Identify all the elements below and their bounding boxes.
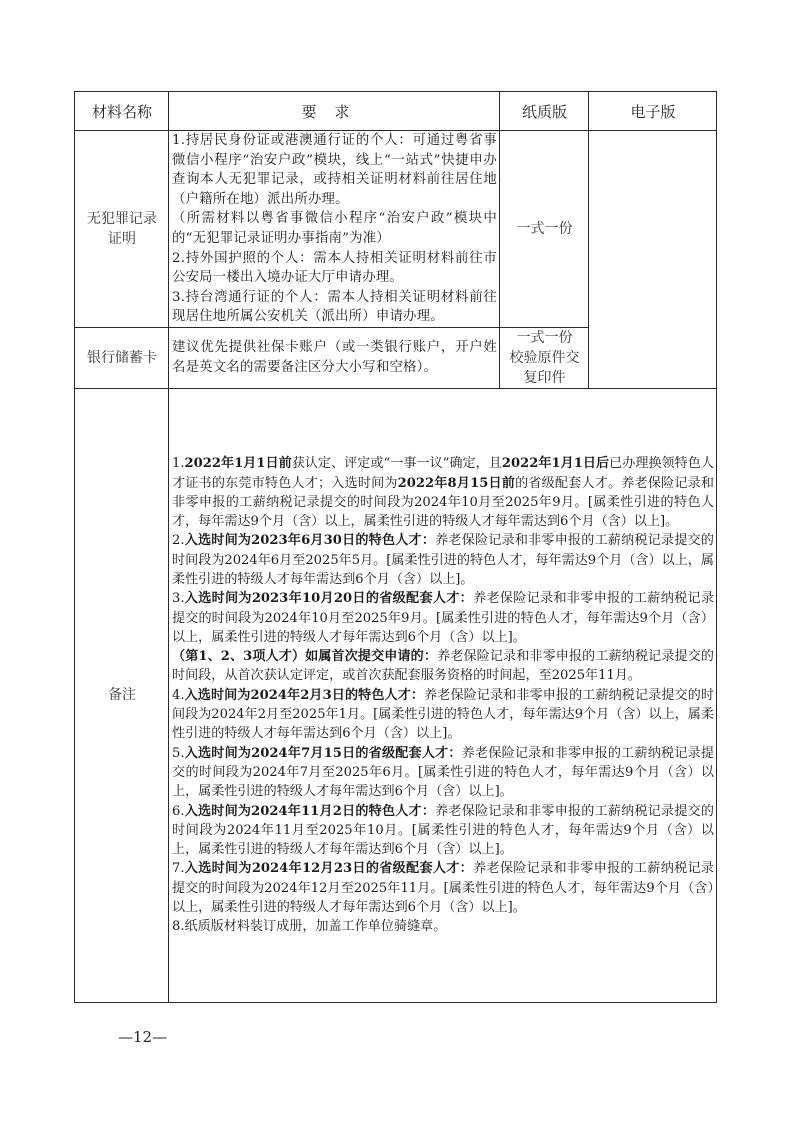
paper-copies-line: 一式一份 xyxy=(503,328,586,348)
material-name-cell: 银行储蓄卡 xyxy=(75,327,169,388)
requirements-cell: 1.持居民身份证或港澳通行证的个人：可通过粤省事微信小程序“治安户政”模块，线上… xyxy=(169,131,500,328)
remark-number: 2. xyxy=(172,533,185,548)
requirement-item: 2.持外国护照的个人：需本人持相关证明材料前往市公安局一楼出入境办证大厅申请办理… xyxy=(172,249,497,288)
remark-number: 4. xyxy=(172,688,185,703)
remark-bold: 入选时间为2023年10月20日的省级配套人才： xyxy=(185,591,474,606)
remark-number: 3. xyxy=(172,591,185,606)
remark-bold: 2022年8月15日前 xyxy=(398,476,515,491)
remark-number: 7. xyxy=(172,861,185,876)
header-material-name: 材料名称 xyxy=(75,92,169,131)
remark-bold: 入选时间为2024年7月15日的省级配套人才： xyxy=(185,746,462,761)
requirement-note: （所需材料以粤省事微信小程序“治安户政”模块中的“无犯罪记录证明办事指南”为准） xyxy=(172,209,497,248)
paper-copies-line: 复印件 xyxy=(503,368,586,388)
remark-bold: 入选时间为2024年11月2日的特色人才： xyxy=(185,804,436,819)
header-electronic-version: 电子版 xyxy=(589,92,717,131)
remark-item-4: 4.入选时间为2024年2月3日的特色人才：养老保险记录和非零申报的工薪纳税记录… xyxy=(172,686,714,744)
remark-bold: 2022年1月1日后 xyxy=(502,456,609,471)
paper-copies-cell: 一式一份 xyxy=(500,131,589,328)
table-row-no-criminal-record: 无犯罪记录 证明 1.持居民身份证或港澳通行证的个人：可通过粤省事微信小程序“治… xyxy=(75,131,717,328)
table-row-remarks: 备注 1.2022年1月1日前获认定、评定或“一事一议”确定，且2022年1月1… xyxy=(75,388,717,1002)
table-header-row: 材料名称 要求 纸质版 电子版 xyxy=(75,92,717,131)
paper-copies-cell: 一式一份 校验原件交 复印件 xyxy=(500,327,589,388)
remark-item-3: 3.入选时间为2023年10月20日的省级配套人才：养老保险记录和非零申报的工薪… xyxy=(172,589,714,647)
materials-table: 材料名称 要求 纸质版 电子版 无犯罪记录 证明 1.持居民身份证或港澳通行证的… xyxy=(74,91,717,1003)
remarks-content-cell: 1.2022年1月1日前获认定、评定或“一事一议”确定，且2022年1月1日后已… xyxy=(169,388,717,1002)
remark-bold: 入选时间为2024年12月23日的省级配套人才： xyxy=(185,861,474,876)
remarks-label-cell: 备注 xyxy=(75,388,169,1002)
paper-copies-line: 校验原件交 xyxy=(503,348,586,368)
requirement-item: 3.持台湾通行证的个人：需本人持相关证明材料前往现居住地所属公安机关（派出所）申… xyxy=(172,288,497,327)
requirement-item: 1.持居民身份证或港澳通行证的个人：可通过粤省事微信小程序“治安户政”模块，线上… xyxy=(172,131,497,209)
remark-number: 5. xyxy=(172,746,185,761)
remark-item-7: 7.入选时间为2024年12月23日的省级配套人才：养老保险记录和非零申报的工薪… xyxy=(172,859,714,917)
remark-first-submission: （第1、2、3项人才）如属首次提交申请的：养老保险记录和非零申报的工薪纳税记录提… xyxy=(172,647,714,686)
remark-bold: 入选时间为2023年6月30日的特色人才： xyxy=(185,533,436,548)
document-page: 材料名称 要求 纸质版 电子版 无犯罪记录 证明 1.持居民身份证或港澳通行证的… xyxy=(0,0,794,1123)
remark-item-1: 1.2022年1月1日前获认定、评定或“一事一议”确定，且2022年1月1日后已… xyxy=(172,454,714,531)
header-requirements: 要求 xyxy=(169,92,500,131)
header-paper-version: 纸质版 xyxy=(500,92,589,131)
remark-number: 8. xyxy=(172,919,185,934)
remark-item-2: 2.入选时间为2023年6月30日的特色人才：养老保险记录和非零申报的工薪纳税记… xyxy=(172,531,714,589)
page-number: —12— xyxy=(118,1028,167,1046)
remark-bold: （第1、2、3项人才）如属首次提交申请的： xyxy=(172,649,437,664)
remark-bold: 2022年1月1日前 xyxy=(185,456,292,471)
remark-item-5: 5.入选时间为2024年7月15日的省级配套人才：养老保险记录和非零申报的工薪纳… xyxy=(172,744,714,802)
remark-number: 1. xyxy=(172,456,185,471)
requirements-cell: 建议优先提供社保卡账户（或一类银行账户，开户姓名是英文名的需要备注区分大小写和空… xyxy=(169,327,500,388)
remark-item-6: 6.入选时间为2024年11月2日的特色人才：养老保险记录和非零申报的工薪纳税记… xyxy=(172,802,714,860)
remark-text: 纸质版材料装订成册，加盖工作单位骑缝章。 xyxy=(185,919,447,934)
material-name-cell: 无犯罪记录 证明 xyxy=(75,131,169,328)
remark-number: 6. xyxy=(172,804,185,819)
remark-item-8: 8.纸质版材料装订成册，加盖工作单位骑缝章。 xyxy=(172,917,714,936)
remark-text: 获认定、评定或“一事一议”确定，且 xyxy=(292,456,502,471)
remark-bold: 入选时间为2024年2月3日的特色人才： xyxy=(185,688,425,703)
electronic-version-cell xyxy=(589,131,717,389)
material-name-line: 无犯罪记录 xyxy=(78,209,166,229)
material-name-line: 证明 xyxy=(78,229,166,249)
